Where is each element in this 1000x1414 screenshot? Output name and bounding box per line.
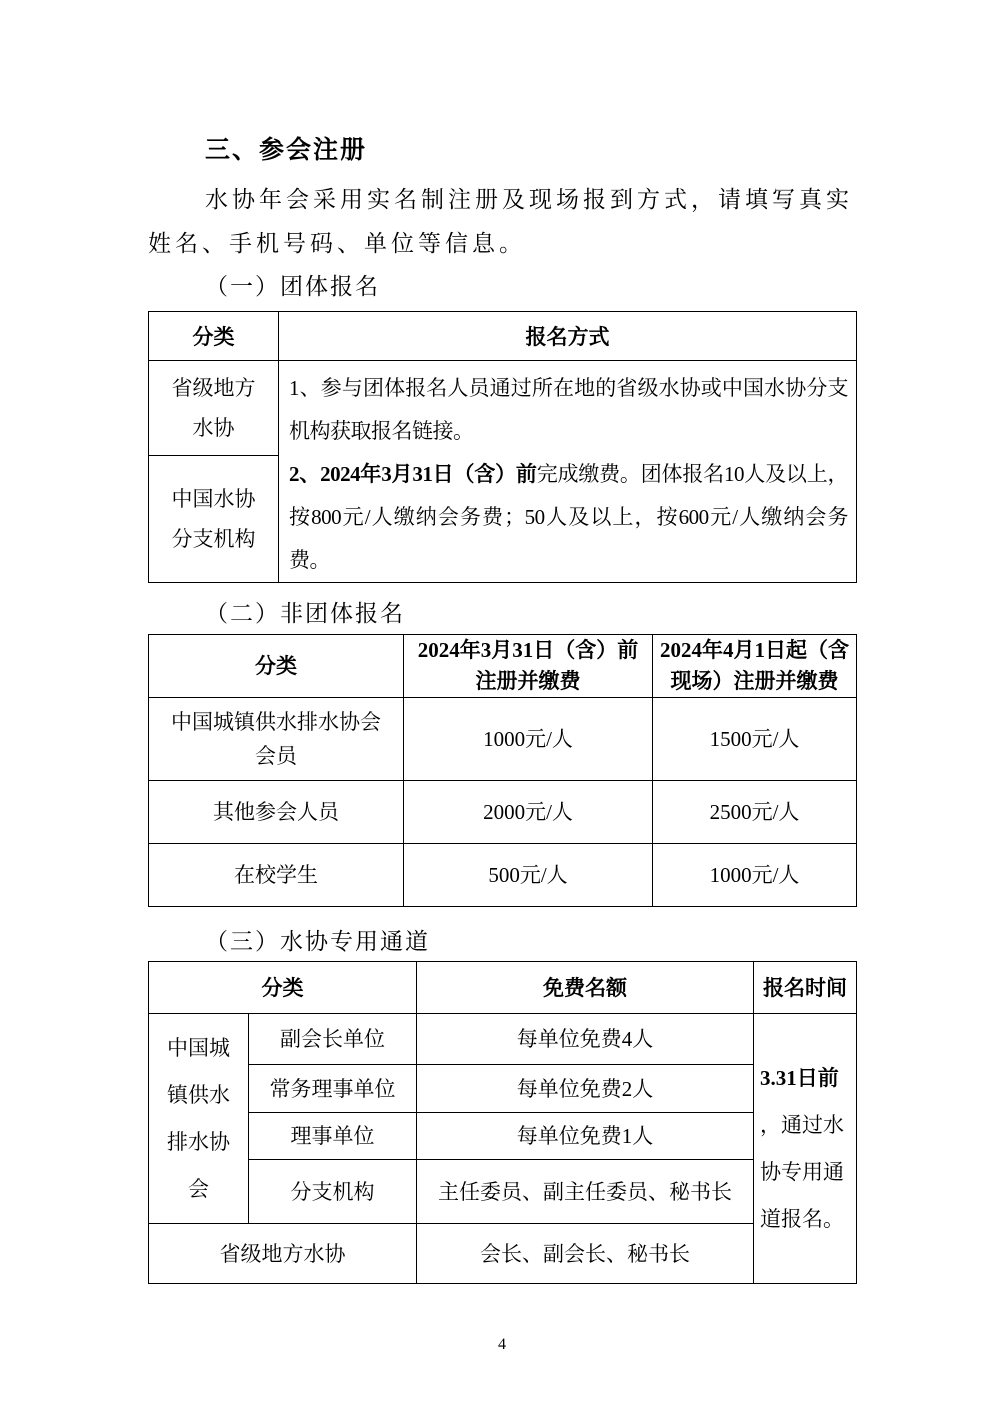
- t1-header-category: 分类: [149, 312, 279, 361]
- t2-header-early-fee: 2024年3月31日（含）前注册并缴费: [404, 635, 653, 698]
- t2-row1-late-fee: 1500元/人: [653, 698, 857, 781]
- t3-row1-category: 副会长单位: [249, 1014, 417, 1065]
- special-channel-table: 分类 免费名额 报名时间 中国城镇供水排水协会 副会长单位 每单位免费4人 3.…: [148, 961, 857, 1284]
- t3-time-bold-date: 3.31日前: [760, 1066, 839, 1090]
- t2-header-late-fee: 2024年4月1日起（含现场）注册并缴费: [653, 635, 857, 698]
- t3-row4-quota: 主任委员、副主任委员、秘书长: [417, 1160, 754, 1224]
- t3-time-rest: ，通过水协专用通道报名。: [760, 1113, 844, 1231]
- t3-row2-category: 常务理事单位: [249, 1065, 417, 1113]
- t3-header-quota: 免费名额: [417, 962, 754, 1014]
- t1-row1-category: 省级地方水协: [149, 361, 279, 456]
- table-row: 理事单位 每单位免费1人: [149, 1113, 857, 1160]
- document-page: 三、参会注册 水协年会采用实名制注册及现场报到方式，请填写真实 姓名、手机号码、…: [0, 0, 1000, 1414]
- t2-row3-category: 在校学生: [149, 844, 404, 907]
- table-row: 分类 2024年3月31日（含）前注册并缴费 2024年4月1日起（含现场）注册…: [149, 635, 857, 698]
- page-title: 三、参会注册: [148, 0, 856, 167]
- table-row: 中国城镇供水排水协会 副会长单位 每单位免费4人 3.31日前，通过水协专用通道…: [149, 1014, 857, 1065]
- t2-row1-category: 中国城镇供水排水协会会员: [149, 698, 404, 781]
- section-heading-special-channel: （三）水协专用通道: [148, 927, 856, 957]
- t3-row5-category: 省级地方水协: [149, 1224, 417, 1284]
- t3-header-time: 报名时间: [754, 962, 857, 1014]
- t2-row2-category: 其他参会人员: [149, 781, 404, 844]
- t2-row3-late-fee: 1000元/人: [653, 844, 857, 907]
- table-row: 中国城镇供水排水协会会员 1000元/人 1500元/人: [149, 698, 857, 781]
- section-heading-group-registration: （一）团体报名: [148, 272, 856, 302]
- t1-method-item-2: 2、2024年3月31日（含）前完成缴费。团体报名10人及以上，按800元/人缴…: [289, 453, 848, 582]
- t3-row5-quota: 会长、副会长、秘书长: [417, 1224, 754, 1284]
- table-row: 其他参会人员 2000元/人 2500元/人: [149, 781, 857, 844]
- intro-line-1: 水协年会采用实名制注册及现场报到方式，请填写真实: [148, 178, 856, 222]
- individual-registration-table: 分类 2024年3月31日（含）前注册并缴费 2024年4月1日起（含现场）注册…: [148, 634, 857, 907]
- intro-paragraph: 水协年会采用实名制注册及现场报到方式，请填写真实 姓名、手机号码、单位等信息。: [148, 178, 856, 266]
- t1-method-item2-bold-date: 2、2024年3月31日（含）前: [289, 462, 537, 486]
- t3-row4-category: 分支机构: [249, 1160, 417, 1224]
- t1-method-item-1: 1、参与团体报名人员通过所在地的省级水协或中国水协分支机构获取报名链接。: [289, 367, 848, 453]
- table-row: 省级地方水协 会长、副会长、秘书长: [149, 1224, 857, 1284]
- t2-row2-late-fee: 2500元/人: [653, 781, 857, 844]
- t2-row3-early-fee: 500元/人: [404, 844, 653, 907]
- t2-row1-early-fee: 1000元/人: [404, 698, 653, 781]
- t1-header-method: 报名方式: [279, 312, 857, 361]
- intro-line-2: 姓名、手机号码、单位等信息。: [148, 222, 856, 266]
- t2-row2-early-fee: 2000元/人: [404, 781, 653, 844]
- t3-org-group-cell: 中国城镇供水排水协会: [149, 1014, 249, 1224]
- table-row: 分类 报名方式: [149, 312, 857, 361]
- group-registration-table: 分类 报名方式 省级地方水协 1、参与团体报名人员通过所在地的省级水协或中国水协…: [148, 311, 857, 583]
- t1-method-cell: 1、参与团体报名人员通过所在地的省级水协或中国水协分支机构获取报名链接。 2、2…: [279, 361, 857, 583]
- table-row: 在校学生 500元/人 1000元/人: [149, 844, 857, 907]
- t3-row3-category: 理事单位: [249, 1113, 417, 1160]
- table-row: 分支机构 主任委员、副主任委员、秘书长: [149, 1160, 857, 1224]
- t3-time-cell: 3.31日前，通过水协专用通道报名。: [754, 1014, 857, 1284]
- t3-row2-quota: 每单位免费2人: [417, 1065, 754, 1113]
- section-heading-individual-registration: （二）非团体报名: [148, 599, 856, 629]
- t2-header-category: 分类: [149, 635, 404, 698]
- table-row: 常务理事单位 每单位免费2人: [149, 1065, 857, 1113]
- t1-row2-category: 中国水协分支机构: [149, 456, 279, 583]
- t3-row1-quota: 每单位免费4人: [417, 1014, 754, 1065]
- t3-row3-quota: 每单位免费1人: [417, 1113, 754, 1160]
- page-number: 4: [148, 1336, 856, 1354]
- t3-header-category: 分类: [149, 962, 417, 1014]
- table-row: 分类 免费名额 报名时间: [149, 962, 857, 1014]
- table-row: 省级地方水协 1、参与团体报名人员通过所在地的省级水协或中国水协分支机构获取报名…: [149, 361, 857, 456]
